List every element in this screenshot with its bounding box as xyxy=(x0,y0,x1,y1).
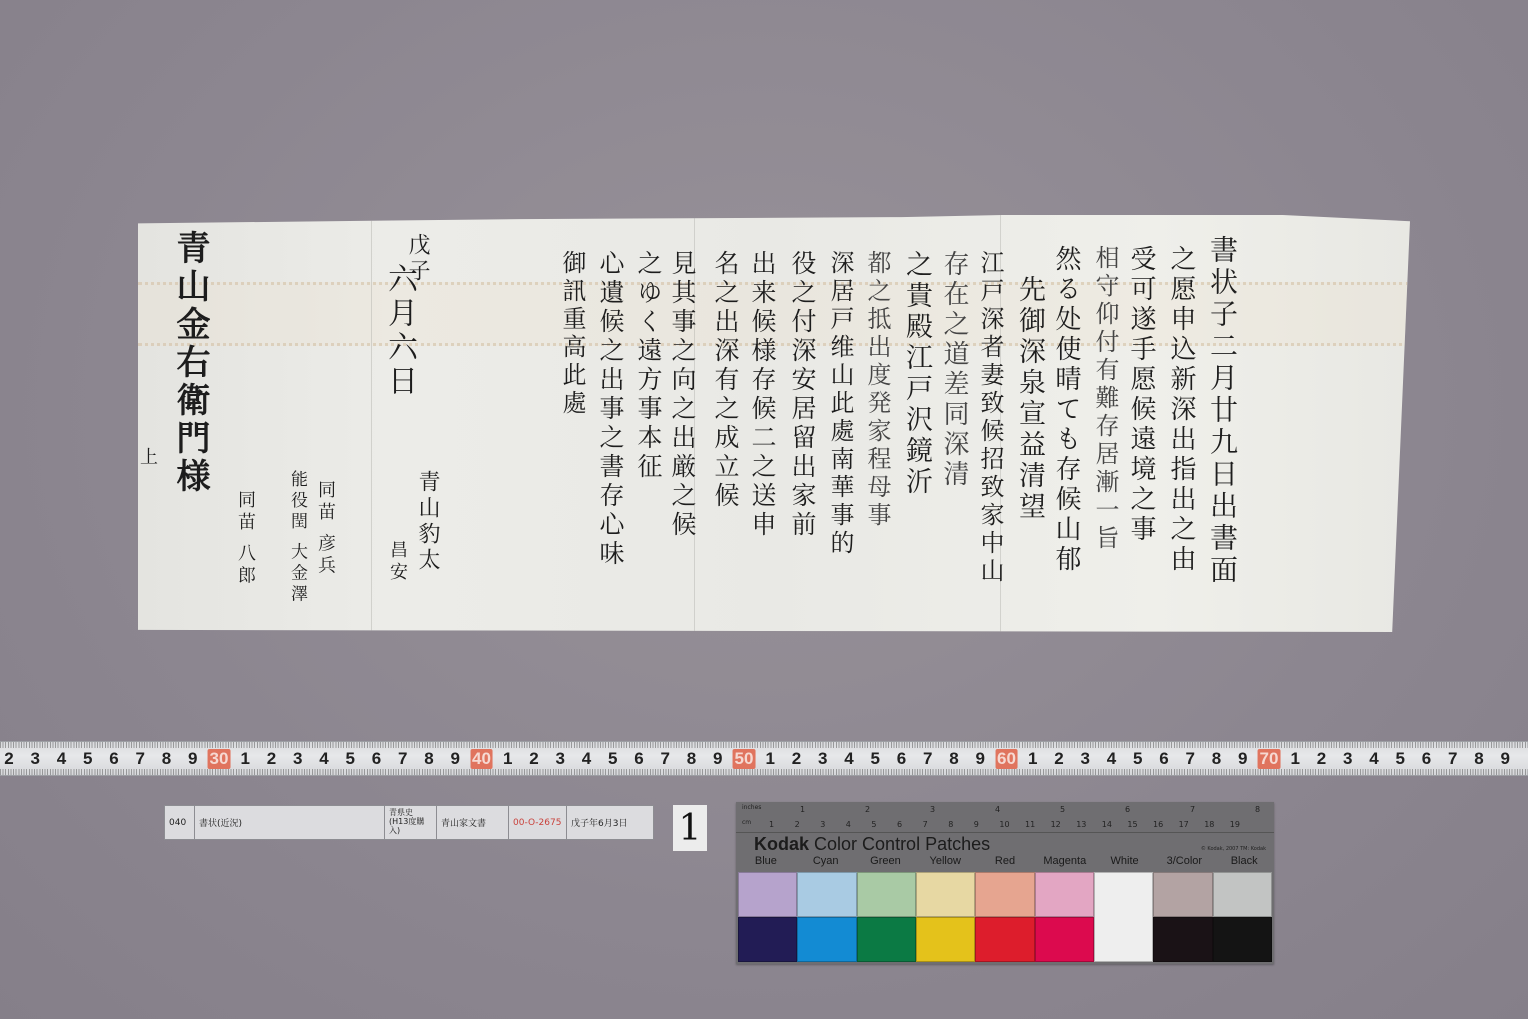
letter-column: 心遺候之出事之書存心味 xyxy=(598,250,623,569)
tape-number: 8 xyxy=(424,749,433,769)
patch-light-cyan xyxy=(797,872,856,917)
patch-dark-3-color xyxy=(1153,917,1212,962)
chart-title: Color Control Patches xyxy=(814,834,990,854)
tape-number: 4 xyxy=(319,749,328,769)
letter-column: 存在之道差同深清 xyxy=(941,250,967,490)
patch-dark-red xyxy=(975,917,1034,962)
tape-number: 6 xyxy=(372,749,381,769)
color-patches xyxy=(738,872,1272,962)
addressee: 青山金右衛門様 xyxy=(173,230,207,496)
tape-number: 1 xyxy=(503,749,512,769)
inch-mark: 1 xyxy=(800,805,805,814)
cm-mark: 9 xyxy=(974,820,979,829)
kodak-brand: Kodak xyxy=(754,834,809,854)
page-number-card: 1 xyxy=(673,805,707,851)
tape-number: 9 xyxy=(713,749,722,769)
cm-label: cm xyxy=(742,819,751,826)
cm-mark: 16 xyxy=(1153,820,1163,829)
tape-number: 6 xyxy=(897,749,906,769)
cm-mark: 14 xyxy=(1102,820,1112,829)
tape-ticks-bottom xyxy=(0,769,1528,775)
tape-number: 6 xyxy=(634,749,643,769)
tape-number: 2 xyxy=(1054,749,1063,769)
date-month-day: 六月六日 xyxy=(384,263,414,399)
tape-number: 3 xyxy=(1343,749,1352,769)
tape-number: 5 xyxy=(1396,749,1405,769)
tape-number: 1 xyxy=(1291,749,1300,769)
patch-label: Cyan xyxy=(796,855,856,869)
tape-number: 9 xyxy=(1501,749,1510,769)
kodak-ruler: inches cm 12345678 123456789101112131415… xyxy=(736,802,1274,833)
letter-column: 然る处使晴ても存候山郁 xyxy=(1053,245,1079,575)
patch-names: BlueCyanGreenYellowRedMagentaWhite3/Colo… xyxy=(736,855,1274,869)
letter-column: 都之抵出度発家程母事 xyxy=(865,250,889,530)
inch-mark: 6 xyxy=(1125,805,1130,814)
tape-number: 3 xyxy=(293,749,302,769)
cosigner: 同苗 八郎 xyxy=(236,490,254,588)
historical-letter: 書状子二月廿九日出書面 之愿申込新深出指出之由 受可遂手愿候遠境之事 相守仰付有… xyxy=(138,215,1410,632)
cm-mark: 15 xyxy=(1127,820,1137,829)
patch-label: 3/Color xyxy=(1154,855,1214,869)
letter-column: 先御深泉宣益清望 xyxy=(1016,275,1043,523)
inch-mark: 7 xyxy=(1190,805,1195,814)
cm-mark: 4 xyxy=(846,820,851,829)
patch-label: White xyxy=(1095,855,1155,869)
letter-column: 江戸深者妻致候招致家中山 xyxy=(978,250,1002,586)
patch-label: Green xyxy=(856,855,916,869)
cm-mark: 13 xyxy=(1076,820,1086,829)
tape-number: 7 xyxy=(1448,749,1457,769)
cm-mark: 19 xyxy=(1230,820,1240,829)
cm-mark: 5 xyxy=(871,820,876,829)
catalog-id: 00-O-2675 xyxy=(509,806,567,839)
tape-number: 3 xyxy=(556,749,565,769)
tape-number: 30 xyxy=(208,749,231,769)
paper-fold-line xyxy=(371,215,372,632)
tape-number: 2 xyxy=(1317,749,1326,769)
letter-column: 深居戸维山此處南華事的 xyxy=(828,250,852,558)
tape-number: 7 xyxy=(923,749,932,769)
catalog-date: 戊子年6月3日 xyxy=(567,806,653,839)
tape-ticks-top xyxy=(0,742,1528,748)
cm-mark: 3 xyxy=(820,820,825,829)
tape-number: 4 xyxy=(844,749,853,769)
cm-mark: 8 xyxy=(948,820,953,829)
tape-number: 2 xyxy=(792,749,801,769)
patch-label: Black xyxy=(1214,855,1274,869)
tape-number: 6 xyxy=(1159,749,1168,769)
tape-number: 9 xyxy=(976,749,985,769)
catalog-label: 040 書状(近況) 青県史(H13度購入) 青山家文書 00-O-2675 戊… xyxy=(164,805,654,840)
tape-number: 8 xyxy=(949,749,958,769)
catalog-collection: 青山家文書 xyxy=(437,806,509,839)
inch-mark: 4 xyxy=(995,805,1000,814)
signature-name: 青山豹太 xyxy=(416,470,438,574)
patch-dark-yellow xyxy=(916,917,975,962)
catalog-source: 青県史(H13度購入) xyxy=(385,806,437,839)
patch-label: Red xyxy=(975,855,1035,869)
tape-number: 4 xyxy=(57,749,66,769)
tape-measure: 2345678930123456789401234567895012345678… xyxy=(0,741,1528,776)
patch-light-blue xyxy=(738,872,797,917)
cm-mark: 7 xyxy=(923,820,928,829)
tape-number: 5 xyxy=(83,749,92,769)
tape-number: 5 xyxy=(608,749,617,769)
letter-column: 出来候様存候二之送申 xyxy=(750,250,775,540)
patch-light-green xyxy=(857,872,916,917)
patch-dark-blue xyxy=(738,917,797,962)
tape-number: 3 xyxy=(818,749,827,769)
tape-number: 40 xyxy=(470,749,493,769)
inches-label: inches xyxy=(742,804,761,811)
patch-light-magenta xyxy=(1035,872,1094,917)
tape-number: 5 xyxy=(346,749,355,769)
letter-column: 役之付深安居留出家前 xyxy=(790,250,815,540)
tape-number: 1 xyxy=(241,749,250,769)
cm-mark: 6 xyxy=(897,820,902,829)
patch-dark-cyan xyxy=(797,917,856,962)
inch-mark: 3 xyxy=(930,805,935,814)
tape-number: 2 xyxy=(529,749,538,769)
patch-light-white xyxy=(1094,872,1153,962)
tape-number: 5 xyxy=(1133,749,1142,769)
cm-mark: 18 xyxy=(1204,820,1214,829)
letter-column: 之貴殿江戸沢鏡沂 xyxy=(903,250,930,498)
tape-number: 7 xyxy=(136,749,145,769)
tape-number: 1 xyxy=(766,749,775,769)
tape-number: 7 xyxy=(661,749,670,769)
tape-number: 6 xyxy=(109,749,118,769)
patch-light-black xyxy=(1213,872,1272,917)
tape-number: 4 xyxy=(1107,749,1116,769)
letter-column: 相守仰付有難存居漸一旨 xyxy=(1093,245,1117,553)
catalog-title: 書状(近況) xyxy=(195,806,385,839)
cm-mark: 12 xyxy=(1051,820,1061,829)
signature-seal: 昌安 xyxy=(388,540,406,584)
tape-number: 60 xyxy=(995,749,1018,769)
tape-number: 3 xyxy=(31,749,40,769)
patch-label: Magenta xyxy=(1035,855,1095,869)
cm-mark: 10 xyxy=(999,820,1009,829)
tape-number: 2 xyxy=(4,749,13,769)
tape-number: 7 xyxy=(1186,749,1195,769)
patch-dark-black xyxy=(1213,917,1272,962)
patch-light-red xyxy=(975,872,1034,917)
patch-dark-green xyxy=(857,917,916,962)
tape-number: 1 xyxy=(1028,749,1037,769)
letter-column: 之ゆく遠方事本征 xyxy=(636,250,661,482)
cosigner: 能役閏 大金澤 xyxy=(288,470,305,605)
tape-number: 5 xyxy=(871,749,880,769)
tape-number: 6 xyxy=(1422,749,1431,769)
kodak-copyright: © Kodak, 2007 TM: Kodak xyxy=(1201,846,1266,852)
tape-number: 8 xyxy=(687,749,696,769)
tape-number: 9 xyxy=(1238,749,1247,769)
patch-light-yellow xyxy=(916,872,975,917)
inch-mark: 8 xyxy=(1255,805,1260,814)
tape-number: 8 xyxy=(1212,749,1221,769)
tape-number: 2 xyxy=(267,749,276,769)
patch-label: Blue xyxy=(736,855,796,869)
inch-mark: 5 xyxy=(1060,805,1065,814)
cosigner: 同苗 彦兵 xyxy=(316,480,334,578)
kodak-title: Kodak Color Control Patches xyxy=(754,834,990,855)
cm-mark: 1 xyxy=(769,820,774,829)
tape-number: 8 xyxy=(1474,749,1483,769)
tape-number: 8 xyxy=(162,749,171,769)
patch-light-3-color xyxy=(1153,872,1212,917)
patch-dark-magenta xyxy=(1035,917,1094,962)
tape-number: 7 xyxy=(398,749,407,769)
patch-label: Yellow xyxy=(915,855,975,869)
cm-mark: 17 xyxy=(1179,820,1189,829)
catalog-number: 040 xyxy=(165,806,195,839)
tape-number: 3 xyxy=(1081,749,1090,769)
tape-number: 50 xyxy=(733,749,756,769)
letter-column: 御訊重高此處 xyxy=(560,250,584,418)
tape-number: 4 xyxy=(1369,749,1378,769)
letter-column: 之愿申込新深出指出之由 xyxy=(1168,245,1194,575)
cm-mark: 2 xyxy=(795,820,800,829)
cm-mark: 11 xyxy=(1025,820,1035,829)
tape-number: 70 xyxy=(1258,749,1281,769)
letter-column: 書状子二月廿九日出書面 xyxy=(1208,235,1236,587)
tape-number: 4 xyxy=(582,749,591,769)
tape-number: 9 xyxy=(188,749,197,769)
letter-column: 見其事之向之出厳之候 xyxy=(670,250,695,540)
letter-column: 名之出深有之成立候 xyxy=(713,250,738,511)
kodak-color-chart: inches cm 12345678 123456789101112131415… xyxy=(736,802,1274,964)
inch-mark: 2 xyxy=(865,805,870,814)
letter-column: 受可遂手愿候遠境之事 xyxy=(1128,245,1154,545)
tape-number: 9 xyxy=(451,749,460,769)
honorific-mark: 上 xyxy=(138,447,156,469)
